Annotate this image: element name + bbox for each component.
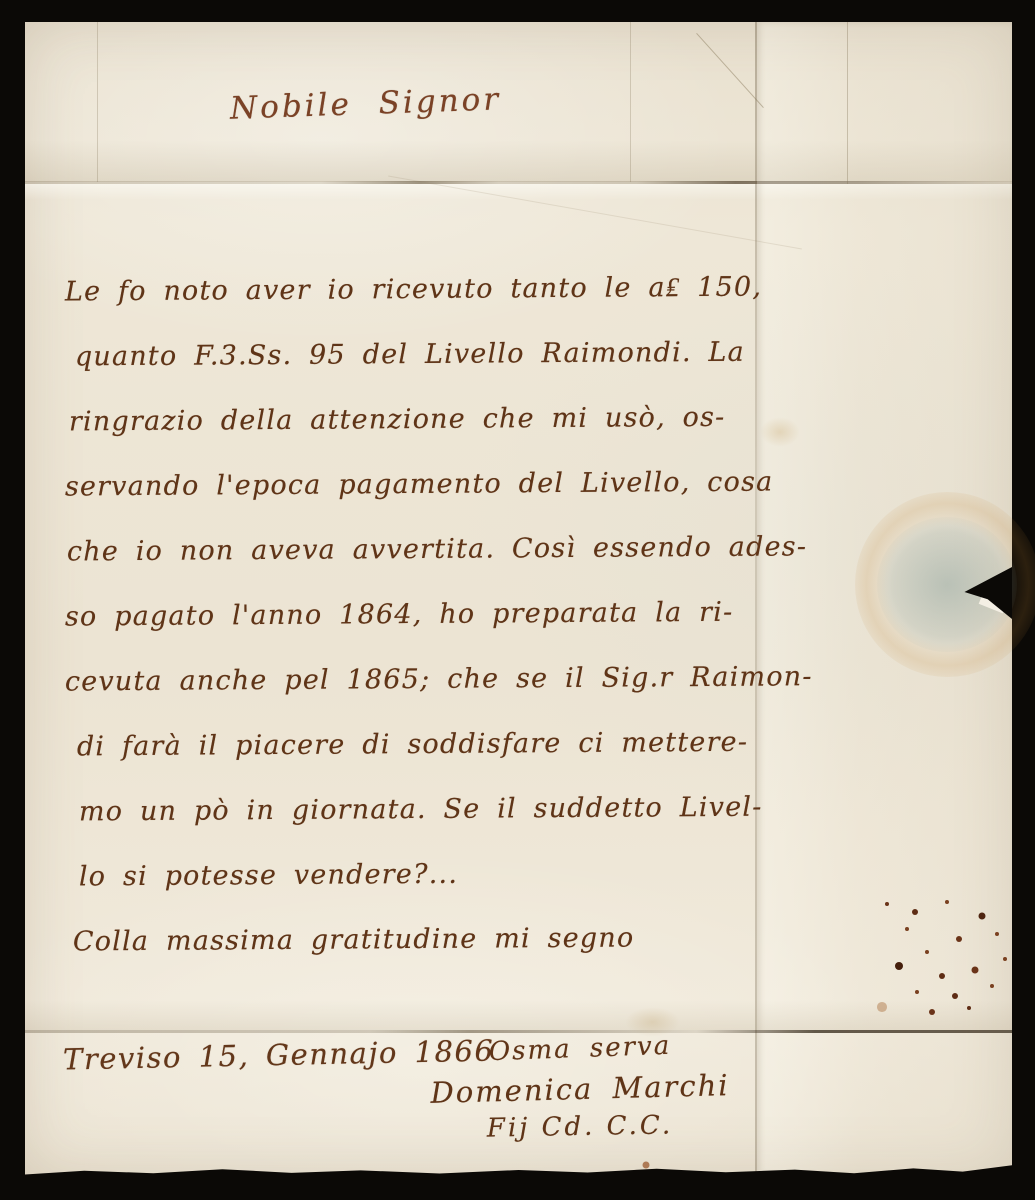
letter-heading: Nobile Signor bbox=[229, 81, 501, 126]
minor-crease bbox=[630, 22, 631, 182]
horizontal-fold-shadow-bottom bbox=[25, 1000, 1012, 1030]
body-line: lo si potesse vendere?... bbox=[79, 857, 765, 927]
signature-suffix: Fij Cd. C.C. bbox=[405, 1109, 755, 1145]
signature-name: Domenica Marchi bbox=[405, 1067, 756, 1110]
body-line: di farà il piacere di soddisfare ci mett… bbox=[77, 727, 765, 797]
body-line: cevuta anche pel 1865; che se il Sig.r R… bbox=[65, 662, 765, 732]
letter-body: Le fo noto aver io ricevuto tanto le a₤ … bbox=[65, 274, 765, 989]
body-line: so pagato l'anno 1864, ho preparata la r… bbox=[65, 597, 765, 667]
signature-block: Osma serva Domenica Marchi Fij Cd. C.C. bbox=[405, 1034, 755, 1142]
faint-stain bbox=[760, 417, 800, 447]
horizontal-fold-line-bottom bbox=[25, 1030, 1012, 1033]
minor-crease bbox=[97, 22, 98, 182]
closing-line: Colla massima gratitudine mi segno bbox=[73, 922, 765, 992]
corner-crease bbox=[696, 33, 764, 108]
body-line: quanto F.3.Ss. 95 del Livello Raimondi. … bbox=[75, 337, 765, 407]
minor-crease bbox=[847, 22, 848, 184]
scanned-letter-image: Nobile Signor Le fo noto aver io ricevut… bbox=[0, 0, 1035, 1200]
body-line: Le fo noto aver io ricevuto tanto le a₤ … bbox=[65, 272, 765, 342]
body-line: mo un pò in giornata. Se il suddetto Liv… bbox=[79, 792, 765, 862]
body-line: che io non aveva avvertita. Così essendo… bbox=[67, 532, 765, 602]
body-line: ringrazio della attenzione che mi usò, o… bbox=[69, 402, 765, 472]
body-line: servando l'epoca pagamento del Livello, … bbox=[65, 467, 765, 537]
signature-salutation: Osma serva bbox=[405, 1028, 756, 1070]
letter-paper-sheet: Nobile Signor Le fo noto aver io ricevut… bbox=[25, 22, 1012, 1175]
ink-speckle-stains bbox=[885, 902, 889, 906]
